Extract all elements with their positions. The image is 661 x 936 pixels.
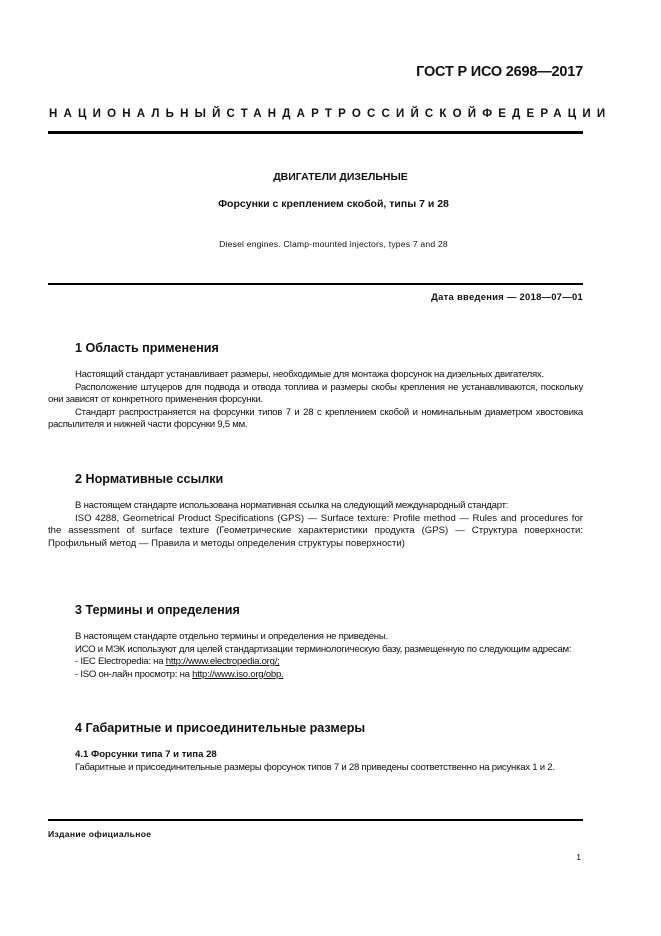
section-heading-2: 2 Нормативные ссылки xyxy=(75,472,223,486)
footer-divider xyxy=(48,819,583,821)
electropedia-link[interactable]: http://www.electropedia.org/; xyxy=(166,656,280,667)
reference-paragraph: ISO 4288, Geometrical Product Specificat… xyxy=(48,513,583,551)
link-list-item: - IEC Electropedia: на http://www.electr… xyxy=(48,656,583,669)
banner-word: ФЕДЕРАЦИИ xyxy=(482,108,611,120)
paragraph: Расположение штуцеров для подвода и отво… xyxy=(48,382,583,407)
effective-date: Дата введения — 2018—07—01 xyxy=(431,291,583,302)
subsection-heading-4-1: 4.1 Форсунки типа 7 и типа 28 xyxy=(75,749,217,760)
iso-obp-link[interactable]: http://www.iso.org/obp. xyxy=(192,669,283,680)
section-2-body: В настоящем стандарте использована норма… xyxy=(48,500,583,550)
link-prefix: - IEC Electropedia: на xyxy=(75,656,166,667)
english-title: Diesel engines. Clamp-mounted injectors,… xyxy=(0,239,661,249)
paragraph: Стандарт распространяется на форсунки ти… xyxy=(48,407,583,432)
section-heading-4: 4 Габаритные и присоединительные размеры xyxy=(75,721,365,735)
paragraph: Габаритные и присоединительные размеры ф… xyxy=(48,762,583,775)
document-title: ДВИГАТЕЛИ ДИЗЕЛЬНЫЕ xyxy=(0,171,661,183)
banner-word: НАЦИОНАЛЬНЫЙ xyxy=(49,108,227,120)
section-heading-1: 1 Область применения xyxy=(75,341,219,355)
title-divider xyxy=(48,283,583,285)
link-prefix: - ISO он-лайн просмотр: на xyxy=(75,669,192,680)
link-list-item: - ISO он-лайн просмотр: на http://www.is… xyxy=(48,669,583,682)
page-number: 1 xyxy=(576,852,581,862)
paragraph: В настоящем стандарте отдельно термины и… xyxy=(48,631,583,644)
banner-word: РОССИЙСКОЙ xyxy=(338,108,482,120)
section-1-body: Настоящий стандарт устанавливает размеры… xyxy=(48,369,583,432)
official-edition-note: Издание официальное xyxy=(48,829,151,839)
header-divider xyxy=(48,131,583,134)
banner-word: СТАНДАРТ xyxy=(227,108,339,120)
document-code: ГОСТ Р ИСО 2698—2017 xyxy=(416,64,583,80)
paragraph: Настоящий стандарт устанавливает размеры… xyxy=(48,369,583,382)
section-4-1-body: Габаритные и присоединительные размеры ф… xyxy=(48,762,583,775)
document-subtitle: Форсунки с креплением скобой, типы 7 и 2… xyxy=(0,198,661,210)
paragraph: В настоящем стандарте использована норма… xyxy=(48,500,583,513)
national-standard-banner: НАЦИОНАЛЬНЫЙ СТАНДАРТ РОССИЙСКОЙ ФЕДЕРАЦ… xyxy=(49,108,584,120)
paragraph: ИСО и МЭК используют для целей стандарти… xyxy=(48,644,583,657)
section-3-body: В настоящем стандарте отдельно термины и… xyxy=(48,631,583,681)
section-heading-3: 3 Термины и определения xyxy=(75,603,240,617)
